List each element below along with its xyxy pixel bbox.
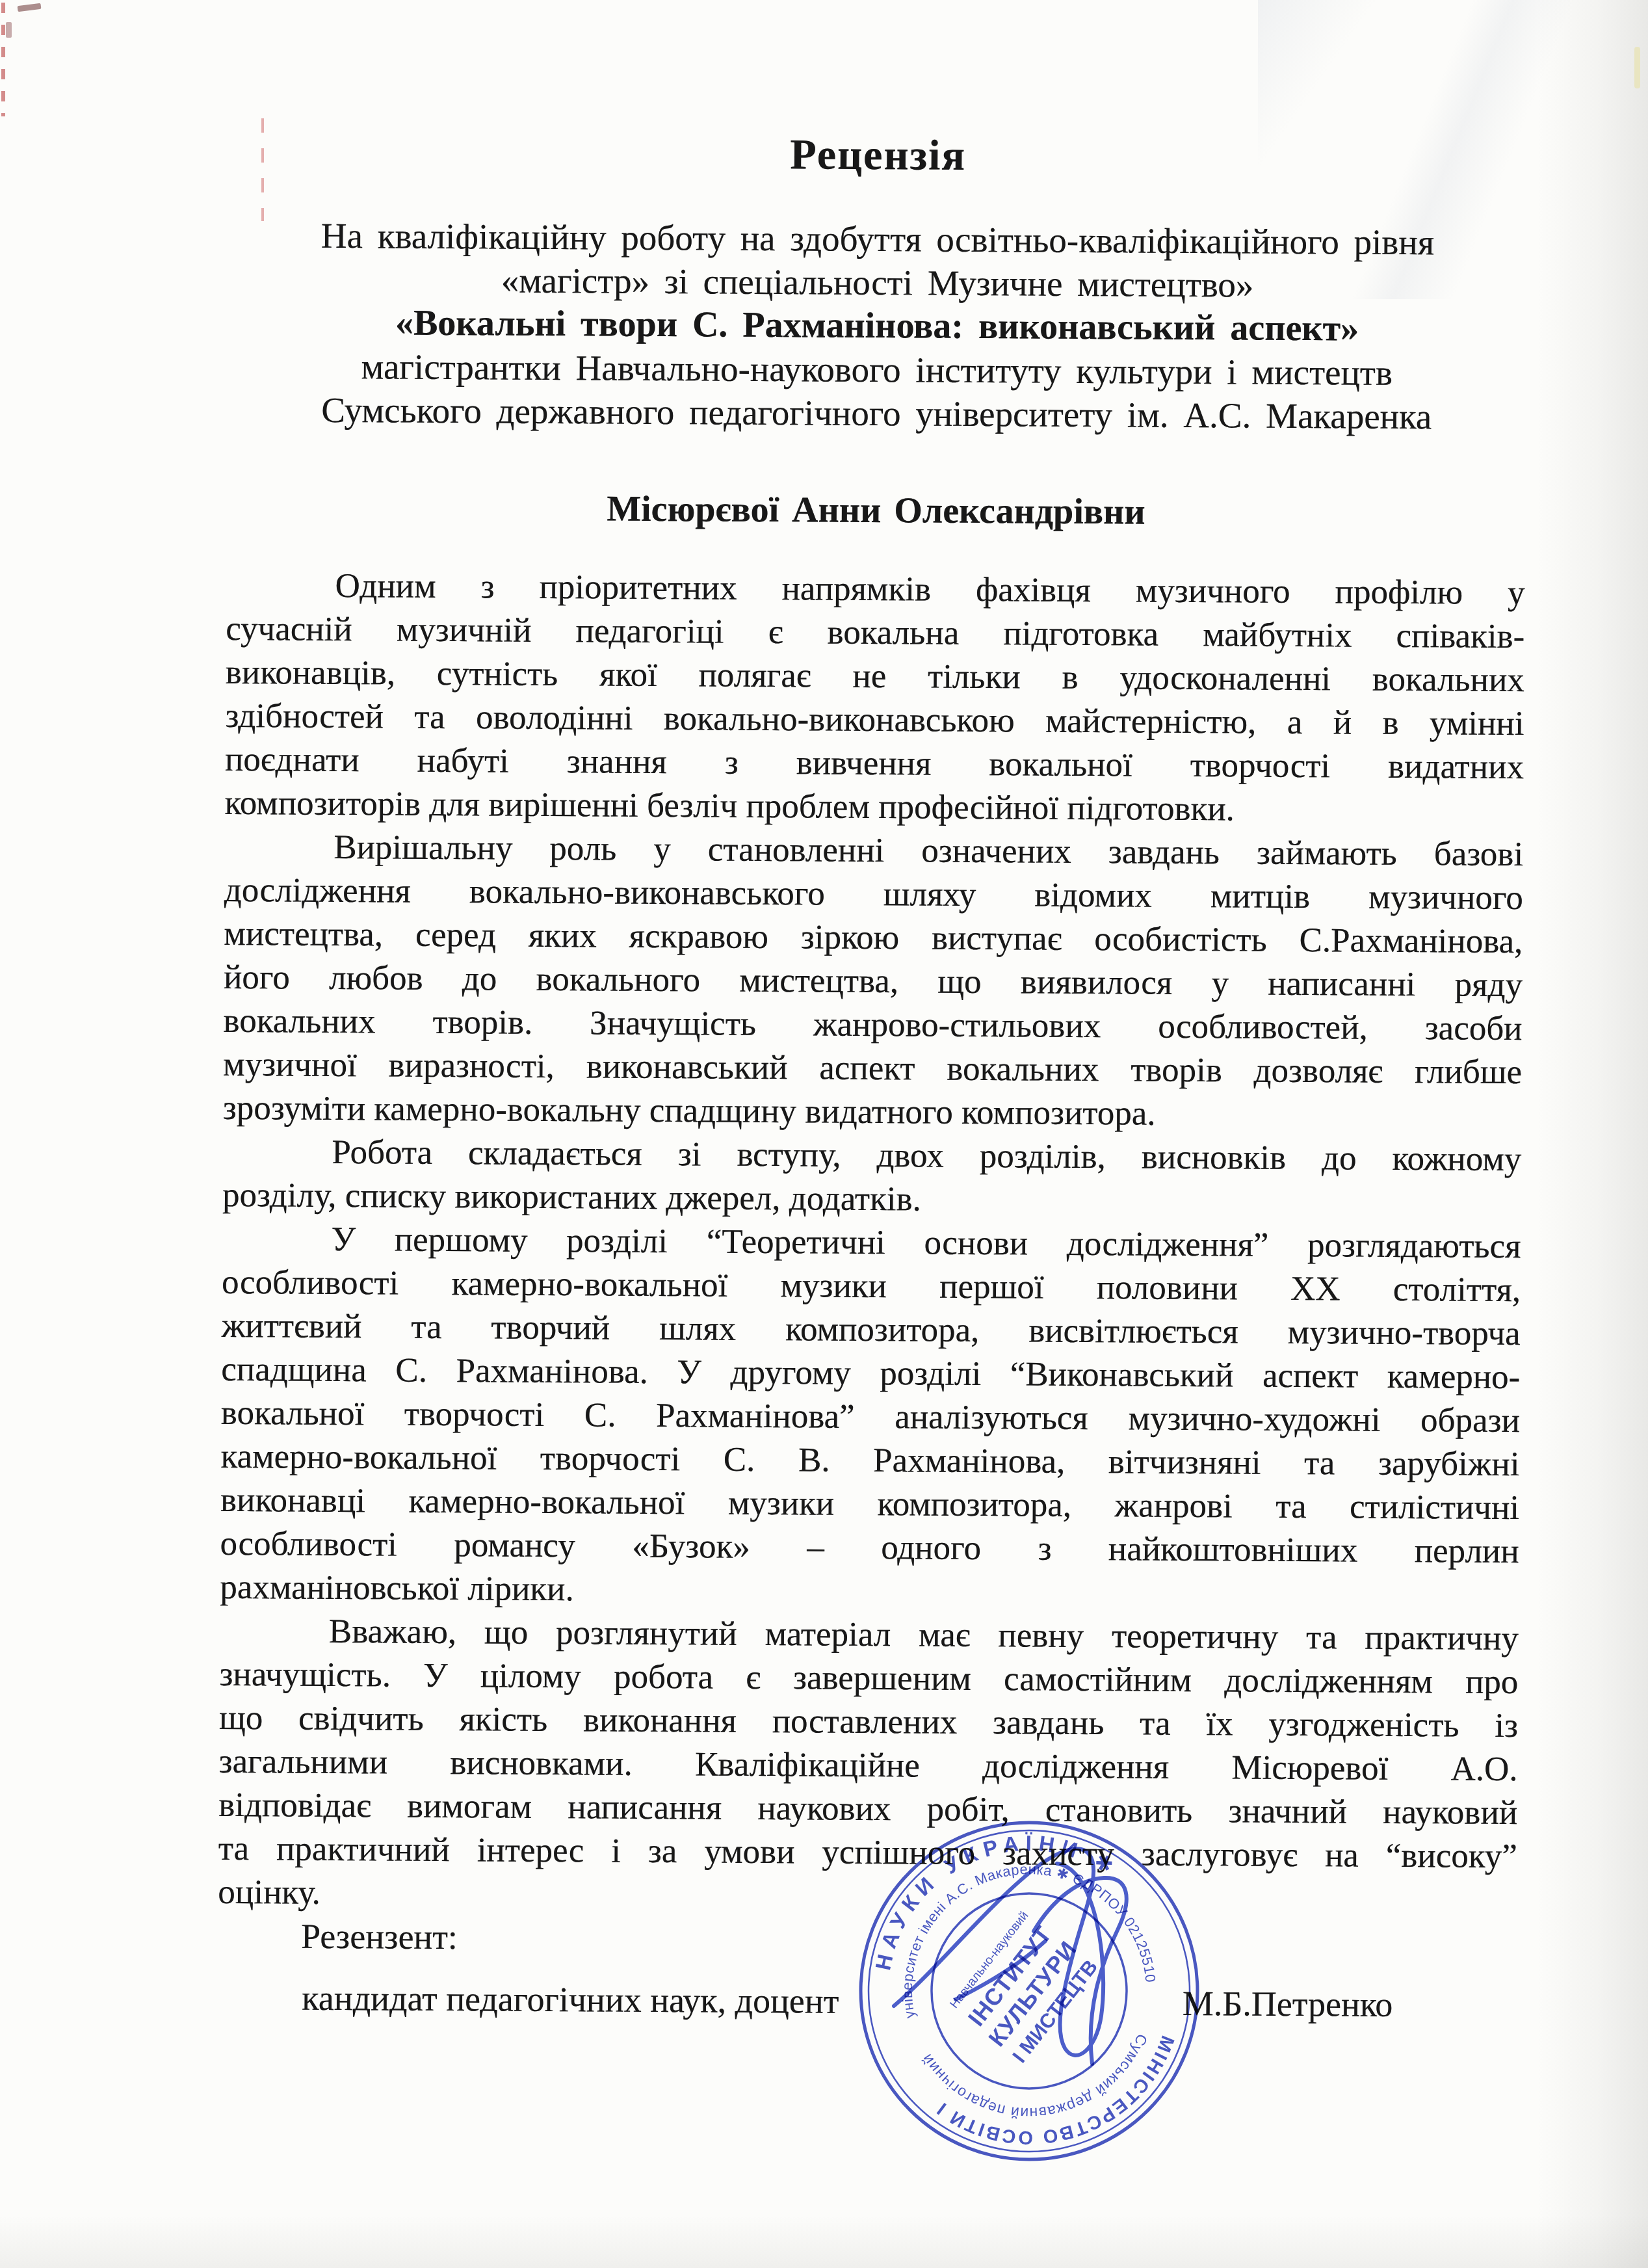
paragraph-line: що свідчить якість виконання поставлених…	[219, 1696, 1518, 1748]
paragraph-line: композиторів для вирішенні безліч пробле…	[224, 782, 1523, 833]
paragraph-line: У першому розділі “Теоретичні основи дос…	[222, 1217, 1521, 1269]
body-paragraph: Вирішальну роль у становленні означених …	[223, 825, 1524, 1138]
paragraph-line: його любов до вокального мистецтва, що в…	[224, 956, 1523, 1007]
page-title: Рецензія	[229, 130, 1528, 181]
paragraph-line: особливості камерно-вокальної музики пер…	[222, 1261, 1521, 1312]
reviewer-credentials: кандидат педагогічних наук, доцент	[302, 1977, 839, 2024]
paragraph-line: сучасній музичній педагогіці є вокальна …	[226, 607, 1524, 659]
scanned-review-page: Рецензія На кваліфікаційну роботу на здо…	[0, 0, 1648, 2268]
scan-artifact-yellow-streak	[1634, 47, 1640, 88]
signature-stroke	[1034, 1878, 1127, 2064]
document-content: Рецензія На кваліфікаційну роботу на здо…	[217, 130, 1528, 2027]
scan-artifact-speck	[6, 22, 12, 38]
paragraph-line: виконавці камерно-вокальної музики компо…	[220, 1479, 1519, 1530]
scan-artifact-speck	[18, 3, 42, 12]
header-line: На кваліфікаційну роботу на здобуття осв…	[228, 213, 1527, 265]
paragraph-line: виконавців, сутність якої полягає не тіл…	[226, 651, 1524, 702]
header-line: магістрантки Навчально-наукового інститу…	[228, 344, 1526, 395]
paragraph-line: камерно-вокальної творчості С. В. Рахман…	[220, 1435, 1519, 1486]
scan-edge-shadow-right	[1537, 0, 1648, 2268]
paragraph-line: Робота складається зі вступу, двох розді…	[222, 1130, 1521, 1181]
document-body: Одним з пріоритетних напрямків фахівця м…	[218, 564, 1525, 1922]
body-paragraph: У першому розділі “Теоретичні основи дос…	[220, 1217, 1521, 1617]
paragraph-line: зрозуміти камерно-вокальну спадщину вида…	[223, 1087, 1522, 1138]
paragraph-line: розділу, списку використаних джерел, дод…	[222, 1174, 1521, 1225]
body-paragraph: Робота складається зі вступу, двох розді…	[222, 1130, 1522, 1225]
paragraph-line: музичної виразності, виконавський аспект…	[223, 1043, 1522, 1094]
paragraph-line: поєднати набуті знання з вивчення вокаль…	[225, 738, 1524, 789]
scan-artifact-red-dashes	[1, 3, 5, 116]
author-name-line: Місюрєвої Анни Олександрівни	[226, 486, 1525, 535]
paragraph-line: значущість. У цілому робота є завершеним…	[219, 1653, 1518, 1704]
thesis-title-line: «Вокальні твори С. Рахманінова: виконавс…	[228, 300, 1526, 352]
paragraph-line: Одним з пріоритетних напрямків фахівця м…	[226, 564, 1525, 615]
header-line: «магістр» зі спеціальності Музичне мисте…	[228, 257, 1526, 308]
header-line: Сумського державного педагогічного уніве…	[227, 388, 1526, 439]
paragraph-line: спадщина С. Рахманінова. У другому розді…	[221, 1348, 1520, 1399]
paragraph-line: мистецтва, серед яких яскравою зіркою ви…	[224, 912, 1523, 964]
paragraph-line: вокальних творів. Значущість жанрово-сти…	[223, 999, 1522, 1051]
signature-stroke	[894, 1849, 1103, 2055]
handwritten-signature-icon	[839, 1801, 1242, 2087]
scan-edge-shadow-bottom	[0, 2216, 1648, 2268]
body-paragraph: Одним з пріоритетних напрямків фахівця м…	[224, 564, 1524, 833]
paragraph-line: життєвий та творчий шлях композитора, ви…	[222, 1304, 1521, 1356]
paragraph-line: здібностей та оволодінні вокально-викона…	[225, 694, 1524, 746]
signature-stroke	[956, 1941, 1045, 1999]
paragraph-line: Вважаю, що розглянутий матеріал має певн…	[220, 1609, 1519, 1661]
paragraph-line: дослідження вокально-виконавського шляху…	[224, 869, 1523, 920]
document-header: На кваліфікаційну роботу на здобуття осв…	[227, 213, 1527, 439]
paragraph-line: вокальної творчості С. Рахманінова” анал…	[221, 1391, 1520, 1443]
paragraph-line: загальними висновками. Кваліфікаційне до…	[218, 1740, 1517, 1791]
paragraph-line: особливості романсу «Бузок» – одного з н…	[220, 1522, 1519, 1574]
paragraph-line: Вирішальну роль у становленні означених …	[224, 825, 1523, 877]
paragraph-line: рахманіновської лірики.	[220, 1566, 1519, 1617]
